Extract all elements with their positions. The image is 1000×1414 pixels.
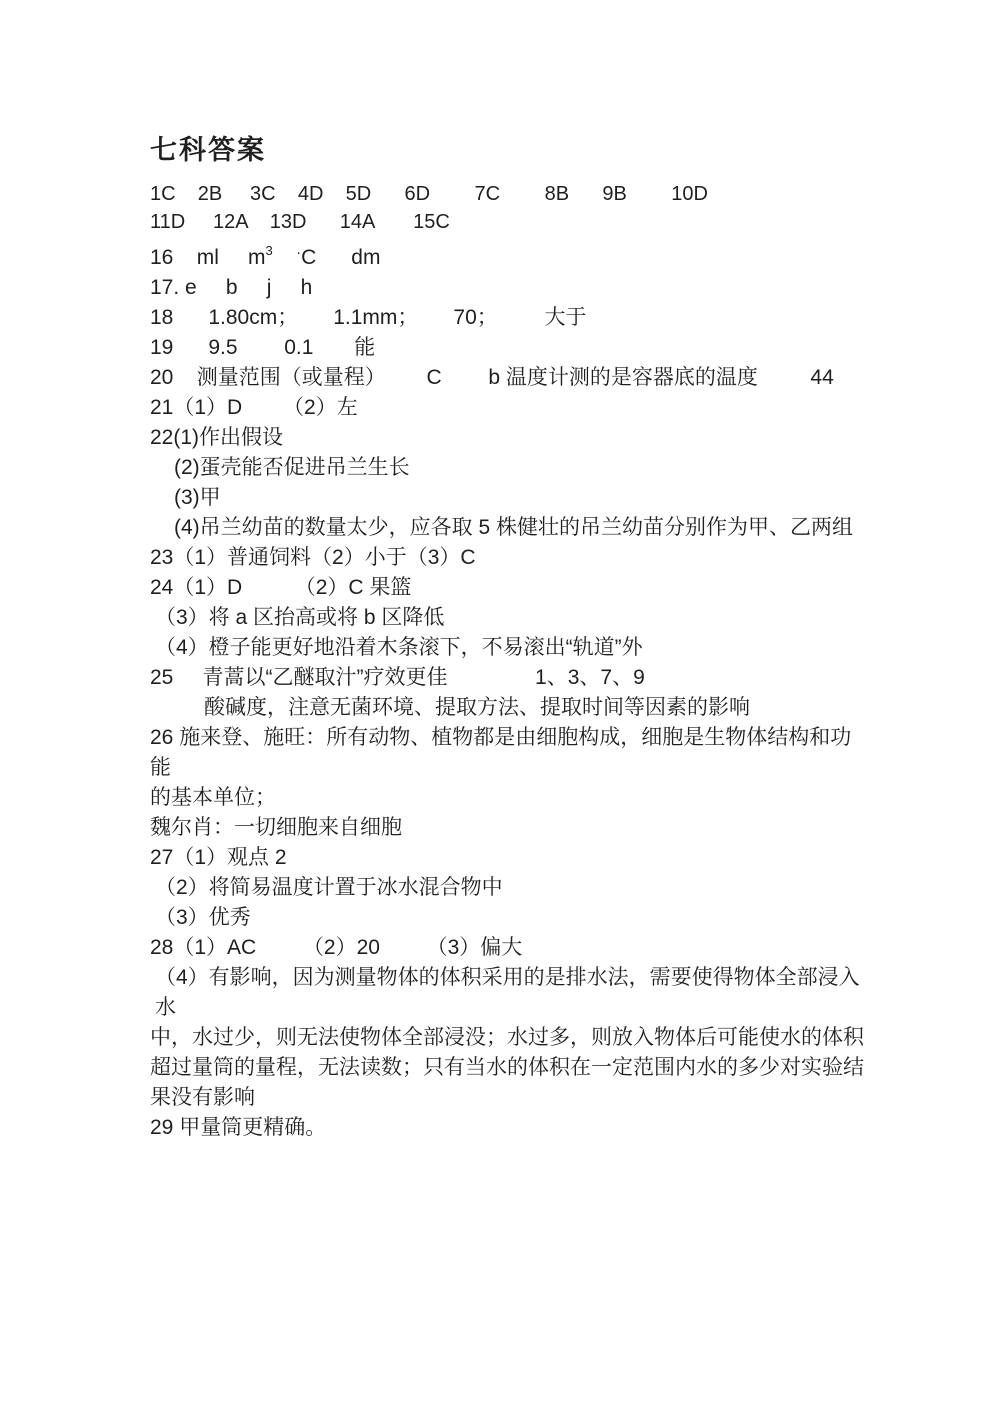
answer-24-part3: （3）将 a 区抬高或将 b 区降低: [150, 603, 872, 633]
answer-20: 20 测量范围（或量程） C b 温度计测的是容器底的温度 44: [150, 363, 872, 393]
answer-28-part4-line2: 中，水过少，则无法使物体全部浸没；水过多，则放入物体后可能使水的体积: [150, 1023, 872, 1053]
answer-27-part1: 27（1）观点 2: [150, 843, 872, 873]
answer-18: 18 1.80cm； 1.1mm； 70； 大于: [150, 303, 872, 333]
answer-16-units: 16 ml m: [150, 246, 266, 269]
answer-22-part4: (4)吊兰幼苗的数量太少，应各取 5 株健壮的吊兰幼苗分别作为甲、乙两组: [150, 513, 872, 543]
answer-28-part4-line1: （4）有影响，因为测量物体的体积采用的是排水法，需要使得物体全部浸入水: [150, 963, 872, 1023]
answer-29: 29 甲量筒更精确。: [150, 1113, 872, 1143]
page-title: 七科答案: [150, 134, 872, 166]
answer-26-line2: 的基本单位；: [150, 783, 872, 813]
answer-28-part4-line3: 超过量筒的量程，无法读数；只有当水的体积在一定范围内水的多少对实验结: [150, 1053, 872, 1083]
answer-23: 23（1）普通饲料（2）小于（3）C: [150, 543, 872, 573]
answer-choices-1-10: 1C 2B 3C 4D 5D 6D 7C 8B 9B 10D: [150, 180, 872, 208]
answer-19: 19 9.5 0.1 能: [150, 333, 872, 363]
answer-26-line3: 魏尔肖：一切细胞来自细胞: [150, 813, 872, 843]
answer-16-gap: [273, 246, 296, 269]
answer-22-part3: (3)甲: [150, 483, 872, 513]
answer-16: 16 ml m3 ·C dm: [150, 236, 872, 273]
answer-24-part4: （4）橙子能更好地沿着木条滚下，不易滚出“轨道”外: [150, 633, 872, 663]
answer-28-part4-line4: 果没有影响: [150, 1083, 872, 1113]
answer-27-part3: （3）优秀: [150, 903, 872, 933]
answer-22-part2: (2)蛋壳能否促进吊兰生长: [150, 453, 872, 483]
answer-21: 21（1）D （2）左: [150, 393, 872, 423]
answer-22-part1: 22(1)作出假设: [150, 423, 872, 453]
answer-25-line2: 酸碱度，注意无菌环境、提取方法、提取时间等因素的影响: [150, 693, 872, 723]
answer-26-line1: 26 施来登、施旺：所有动物、植物都是由细胞构成，细胞是生物体结构和功能: [150, 723, 872, 783]
answer-25-line1: 25 青蒿以“乙醚取汁”疗效更佳 1、3、7、9: [150, 663, 872, 693]
answer-17: 17. e b j h: [150, 273, 872, 303]
answer-24-parts1-2: 24（1）D （2）C 果篮: [150, 573, 872, 603]
answer-choices-11-15: 11D 12A 13D 14A 15C: [150, 208, 872, 236]
answer-16-superscript: 3: [266, 243, 273, 258]
document-page: 七科答案 1C 2B 3C 4D 5D 6D 7C 8B 9B 10D 11D …: [0, 0, 1000, 1414]
answer-16-units-rest: C dm: [301, 246, 380, 269]
answer-27-part2: （2）将简易温度计置于冰水混合物中: [150, 873, 872, 903]
answer-28-parts1-3: 28（1）AC （2）20 （3）偏大: [150, 933, 872, 963]
